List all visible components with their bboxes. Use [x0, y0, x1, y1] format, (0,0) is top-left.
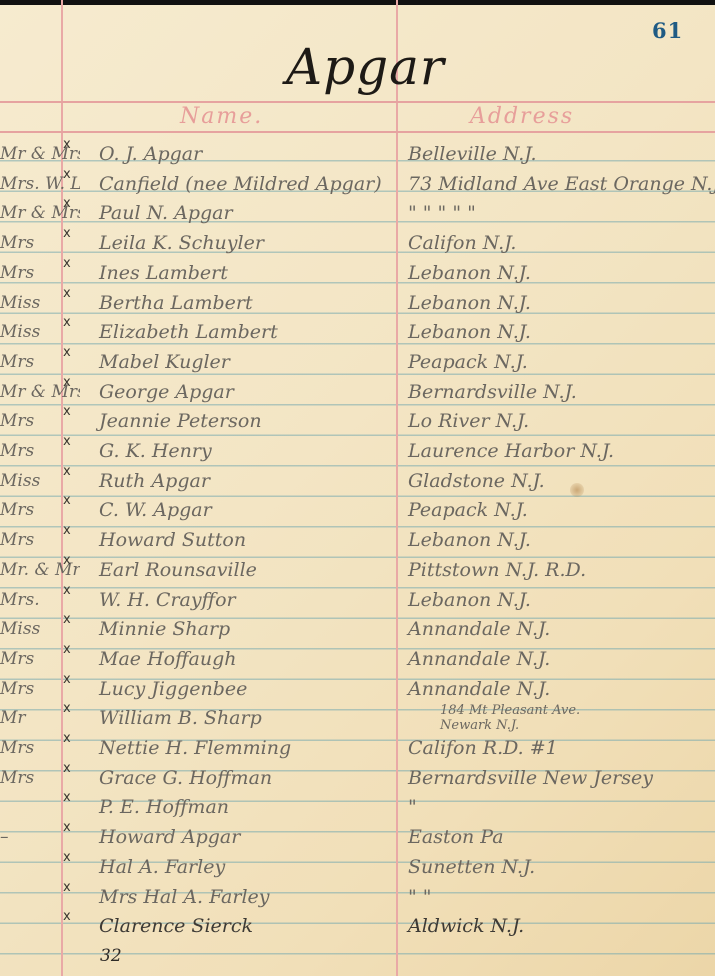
column-header-name: Name. [180, 104, 263, 129]
entry-address: Annandale N.J. [408, 674, 550, 704]
list-item: MrsxJeannie PetersonLo River N.J. [0, 406, 715, 436]
entry-name: O. J. Apgar [99, 139, 202, 169]
list-item: MissxMinnie SharpAnnandale N.J. [0, 614, 715, 644]
entry-count: 32 [100, 946, 122, 966]
entry-address: Gladstone N.J. [408, 466, 545, 496]
entry-name: Grace G. Hoffman [99, 763, 272, 793]
entry-name: Jeannie Peterson [99, 406, 262, 436]
entry-name: Ruth Apgar [99, 466, 210, 496]
check-mark: x [63, 397, 71, 427]
column-header-address: Address [470, 104, 574, 129]
entry-address: Easton Pa [408, 822, 504, 852]
list-item: MrsxC. W. ApgarPeapack N.J. [0, 495, 715, 525]
entry-name: C. W. Apgar [99, 495, 212, 525]
entry-address: Sunetten N.J. [408, 852, 535, 882]
entry-address: Annandale N.J. [408, 614, 550, 644]
entry-name: George Apgar [99, 377, 234, 407]
check-mark: x [63, 486, 71, 516]
list-item: Mr & MrsxPaul N. Apgar" " " " " [0, 198, 715, 228]
check-mark: x [63, 249, 71, 279]
entry-address: Lebanon N.J. [408, 585, 531, 615]
entry-address: Pittstown N.J. R.D. [408, 555, 586, 585]
entry-name: W. H. Crayffor [99, 585, 236, 615]
check-mark: x [63, 605, 71, 635]
check-mark: x [63, 665, 71, 695]
check-mark: x [63, 576, 71, 606]
list-item: Mr. & MrsxEarl RounsavillePittstown N.J.… [0, 555, 715, 585]
page-title: Apgar [286, 38, 445, 96]
check-mark: x [63, 724, 71, 754]
check-mark: x [63, 160, 71, 190]
entry-address: Bernardsville N.J. [408, 377, 577, 407]
entry-address: " " " " " [408, 198, 476, 228]
check-mark: x [63, 308, 71, 338]
entry-address: Annandale N.J. [408, 644, 550, 674]
list-item: MrsxHoward SuttonLebanon N.J. [0, 525, 715, 555]
entry-name: Minnie Sharp [99, 614, 230, 644]
list-item: MissxElizabeth LambertLebanon N.J. [0, 317, 715, 347]
check-mark: x [63, 783, 71, 813]
entry-address: Lebanon N.J. [408, 525, 531, 555]
list-item: xClarence SierckAldwick N.J. [0, 911, 715, 941]
entry-name: Howard Apgar [99, 822, 240, 852]
entry-name: P. E. Hoffman [99, 792, 229, 822]
check-mark: x [63, 338, 71, 368]
entry-name: Hal A. Farley [99, 852, 225, 882]
list-item: MrsxMae HoffaughAnnandale N.J. [0, 644, 715, 674]
list-item: MissxBertha LambertLebanon N.J. [0, 288, 715, 318]
check-mark: x [63, 902, 71, 932]
list-item: Mrs.xW. H. CrayfforLebanon N.J. [0, 585, 715, 615]
list-item: –xHoward ApgarEaston Pa [0, 822, 715, 852]
entry-name: Elizabeth Lambert [99, 317, 278, 347]
list-item: MrsxG. K. HenryLaurence Harbor N.J. [0, 436, 715, 466]
entry-name: Mrs Hal A. Farley [99, 882, 270, 912]
entry-name: G. K. Henry [99, 436, 212, 466]
entry-name: Paul N. Apgar [99, 198, 233, 228]
entry-name: William B. Sharp [99, 703, 262, 733]
header-bottom-rule [0, 131, 715, 133]
entry-address: 184 Mt Pleasant Ave. Newark N.J. [440, 703, 590, 733]
entry-address: Aldwick N.J. [408, 911, 524, 941]
scan-top-edge [0, 0, 715, 5]
entry-name: Clarence Sierck [99, 911, 253, 941]
entry-address: Califon N.J. [408, 228, 516, 258]
list-item: MrsxInes LambertLebanon N.J. [0, 258, 715, 288]
list-item: MrsxNettie H. FlemmingCalifon R.D. #1 [0, 733, 715, 763]
entry-address: 73 Midland Ave East Orange N.J. [408, 169, 715, 199]
entry-address: " " [408, 882, 432, 912]
list-item: MrsxLeila K. SchuylerCalifon N.J. [0, 228, 715, 258]
check-mark: x [63, 873, 71, 903]
list-item: Mr & MrsxO. J. ApgarBelleville N.J. [0, 139, 715, 169]
check-mark: x [63, 130, 71, 160]
entry-address: Lebanon N.J. [408, 288, 531, 318]
check-mark: x [63, 189, 71, 219]
check-mark: x [63, 694, 71, 724]
entry-name: Lucy Jiggenbee [99, 674, 247, 704]
entry-name: Bertha Lambert [99, 288, 253, 318]
check-mark: x [63, 635, 71, 665]
list-item: xHal A. FarleySunetten N.J. [0, 852, 715, 882]
entry-name: Mae Hoffaugh [99, 644, 237, 674]
list-item: Mrs. W. L.xCanfield (nee Mildred Apgar)7… [0, 169, 715, 199]
entry-name: Ines Lambert [99, 258, 228, 288]
list-item: MissxRuth ApgarGladstone N.J. [0, 466, 715, 496]
check-mark: x [63, 813, 71, 843]
header-top-rule [0, 101, 715, 103]
check-mark: x [63, 516, 71, 546]
list-item: xMrs Hal A. Farley" " [0, 882, 715, 912]
check-mark: x [63, 754, 71, 784]
entry-address: Lebanon N.J. [408, 317, 531, 347]
entry-address: Bernardsville New Jersey [408, 763, 653, 793]
check-mark: x [63, 457, 71, 487]
list-item: xP. E. Hoffman" [0, 792, 715, 822]
entry-address: Laurence Harbor N.J. [408, 436, 614, 466]
entry-address: Belleville N.J. [408, 139, 536, 169]
check-mark: x [63, 219, 71, 249]
entry-name: Mabel Kugler [99, 347, 230, 377]
entry-name: Earl Rounsaville [99, 555, 257, 585]
check-mark: x [63, 368, 71, 398]
entry-name: Leila K. Schuyler [99, 228, 264, 258]
entry-address: Peapack N.J. [408, 347, 528, 377]
entry-name: Howard Sutton [99, 525, 246, 555]
page-number: 61 [652, 18, 683, 43]
entry-address: Peapack N.J. [408, 495, 528, 525]
check-mark: x [63, 279, 71, 309]
list-item: MrxWilliam B. Sharp184 Mt Pleasant Ave. … [0, 703, 715, 733]
entry-address: Lo River N.J. [408, 406, 529, 436]
entry-name: Canfield (nee Mildred Apgar) [99, 169, 382, 199]
list-item: MrsxMabel KuglerPeapack N.J. [0, 347, 715, 377]
check-mark: x [63, 427, 71, 457]
list-item: MrsxGrace G. HoffmanBernardsville New Je… [0, 763, 715, 793]
entry-address: " [408, 792, 417, 822]
entry-address: Califon R.D. #1 [408, 733, 558, 763]
list-item: MrsxLucy JiggenbeeAnnandale N.J. [0, 674, 715, 704]
entry-address: Lebanon N.J. [408, 258, 531, 288]
list-item: Mr & MrsxGeorge ApgarBernardsville N.J. [0, 377, 715, 407]
entry-name: Nettie H. Flemming [99, 733, 291, 763]
check-mark: x [63, 843, 71, 873]
check-mark: x [63, 546, 71, 576]
